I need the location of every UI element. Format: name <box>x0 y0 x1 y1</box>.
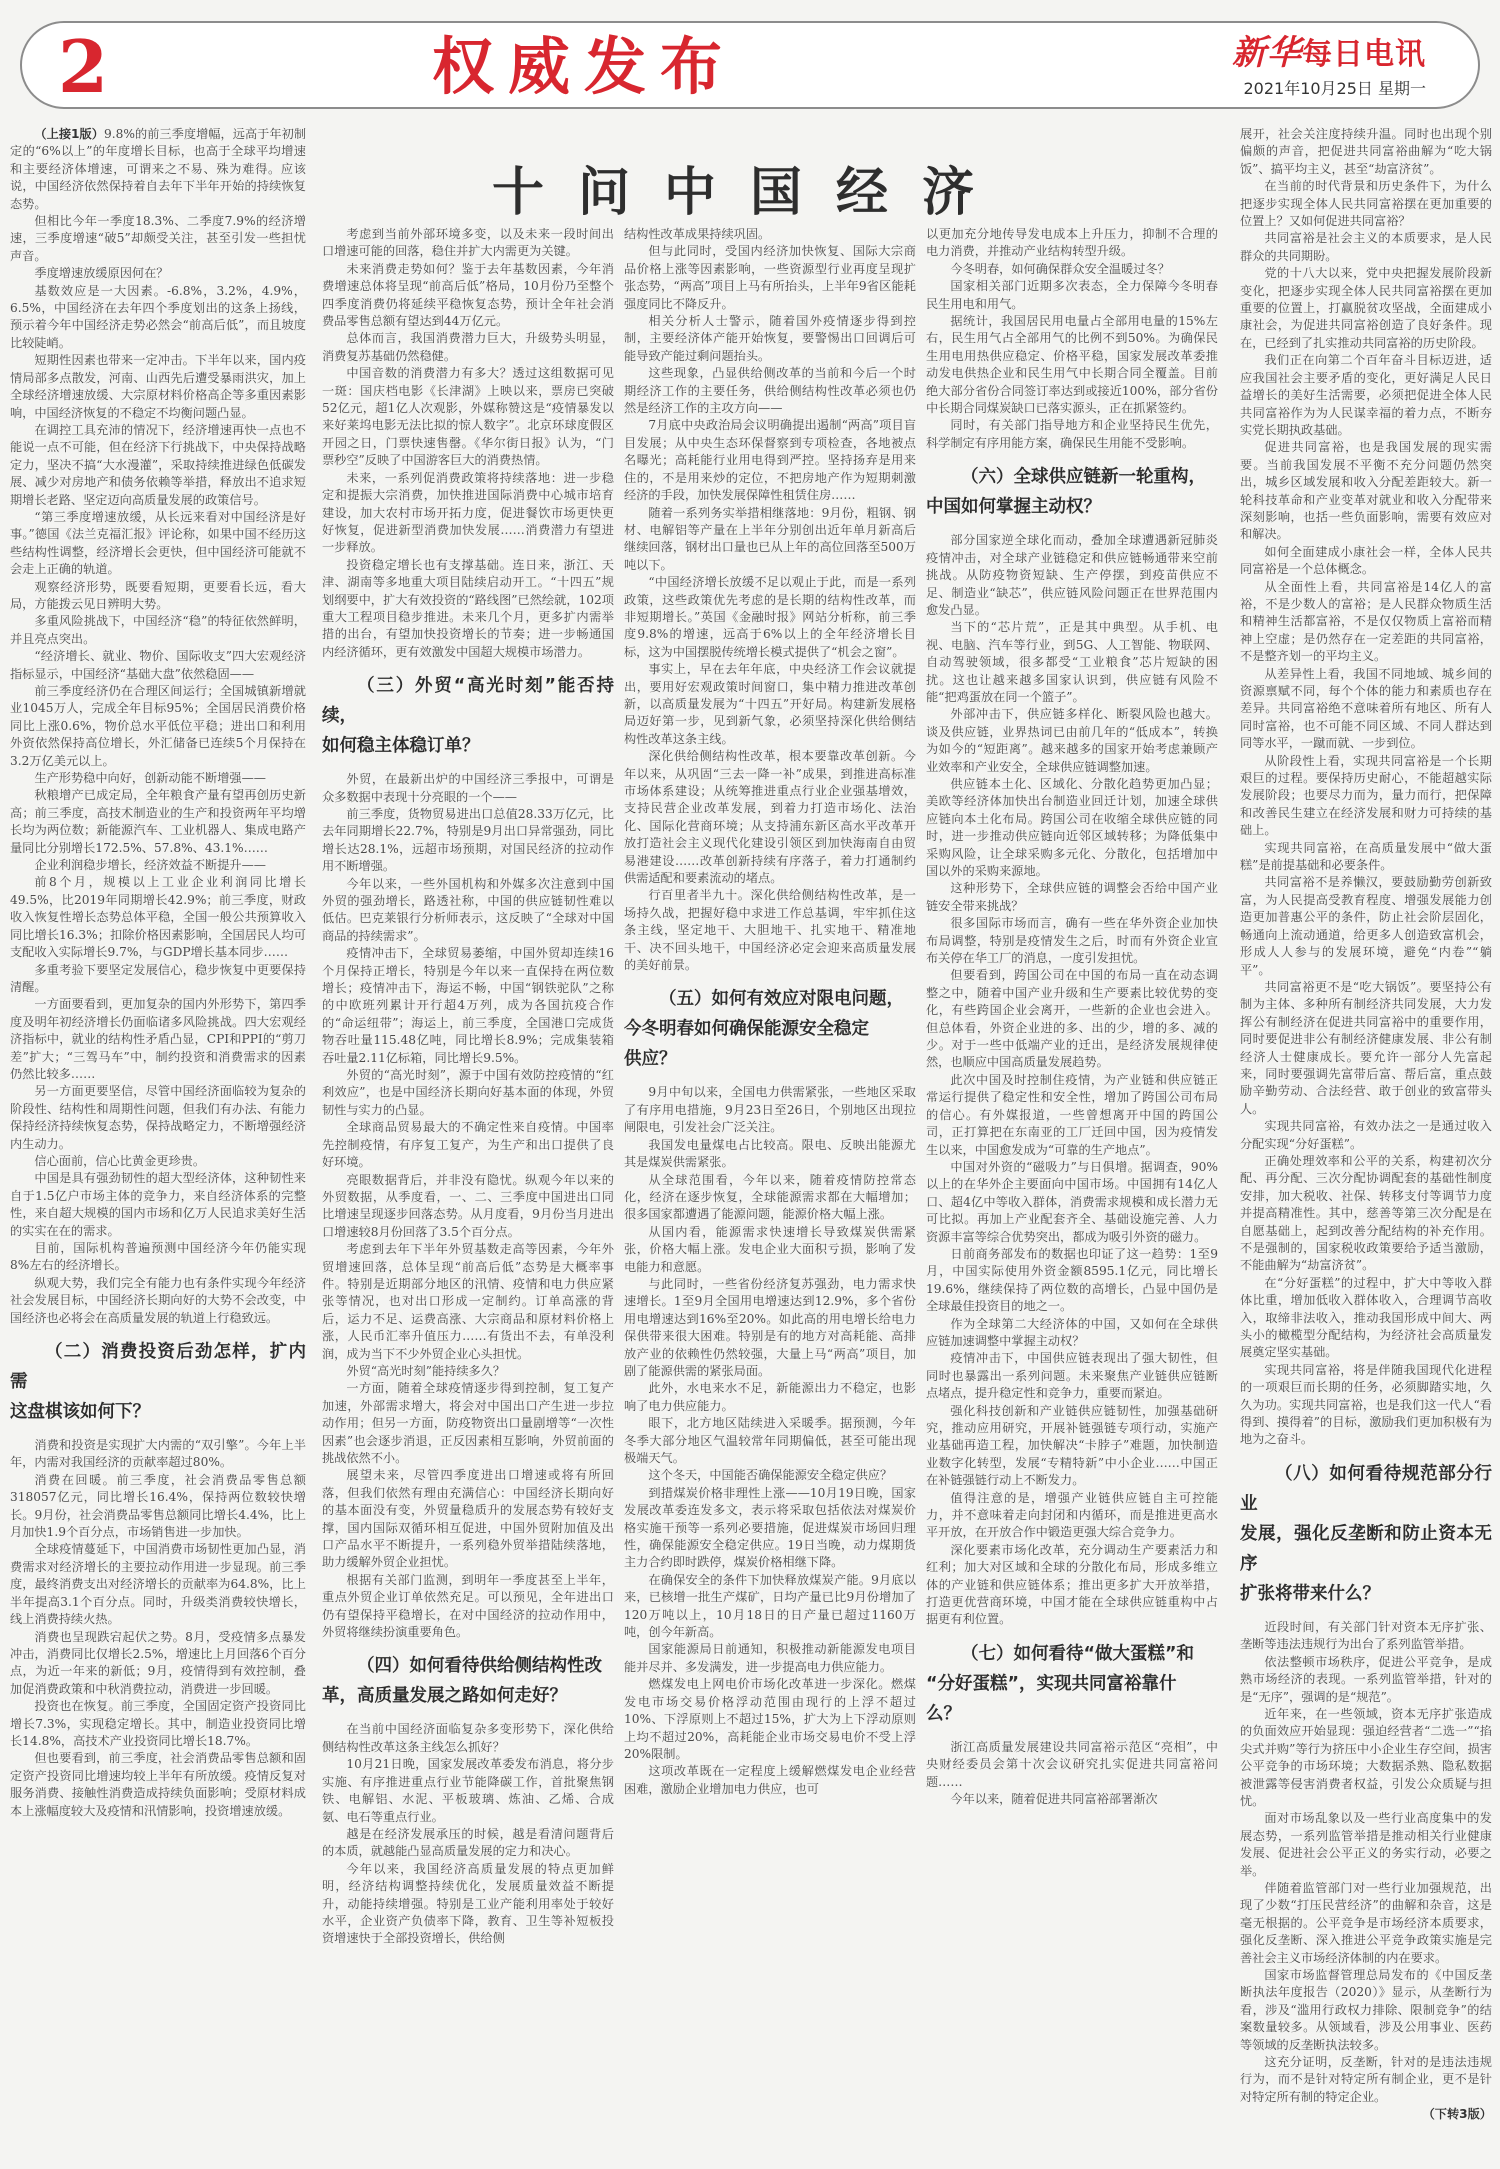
paragraph: 前三季度，货物贸易进出口总值28.33万亿元，比去年同期增长22.7%，特别是9… <box>322 806 614 876</box>
paragraph: 值得注意的是，增强产业链供应链自主可控能力，并不意味着走向封闭和内循环，而是推进… <box>926 1490 1218 1542</box>
paragraph: 国家市场监督管理总局发布的《中国反垄断执法年度报告（2020）》显示，从垄断行为… <box>1240 1967 1492 2054</box>
paragraph: 但也要看到，前三季度，社会消费品零售总额和固定资产投资同比增速均较上半年有所放缓… <box>10 1750 306 1820</box>
brand-logo-text: 每日电讯 <box>1302 37 1426 72</box>
paragraph: 近段时间，有关部门针对资本无序扩张、垄断等违法违规行为出台了系列监管举措。 <box>1240 1619 1492 1654</box>
question-3-heading: （三）外贸“高光时刻”能否持续，如何稳主体稳订单？ <box>322 671 614 761</box>
paragraph: 越是在经济发展承压的时候，越是看清问题背后的本质，就越能凸显高质量发展的定力和决… <box>322 1826 614 1861</box>
article-column-1: （上接1版）9.8%的前三季度增幅，远高于年初制定的“6%以上”的年度增长目标，… <box>10 126 306 2166</box>
question-2-heading: （二）消费投资后劲怎样，扩内需这盘棋该如何下？ <box>10 1337 306 1427</box>
paragraph: 近年来，在一些领域，资本无序扩张造成的负面效应开始显现：强迫经营者“二选一”“掐… <box>1240 1706 1492 1810</box>
paragraph: 相关分析人士警示，随着国外疫情逐步得到控制，主要经济体产能开始恢复，要警惕出口回… <box>624 313 916 365</box>
paragraph: 但要看到，跨国公司在中国的布局一直在动态调整之中，随着中国产业升级和生产要素比较… <box>926 967 1218 1071</box>
paragraph: 基数效应是一大因素。-6.8%，3.2%，4.9%，6.5%，中国经济在去年四个… <box>10 283 306 353</box>
paragraph: 信心面前，信心比黄金更珍贵。 <box>10 1153 306 1170</box>
paragraph: 到措煤炭价格非理性上涨——10月19日晚，国家发展改革委连发多文，表示将采取包括… <box>624 1485 916 1572</box>
paragraph: 从差异性上看，我国不同地域、城乡间的资源禀赋不同，每个个体的能力和素质也存在差异… <box>1240 666 1492 753</box>
paragraph: 国家能源局日前通知，积极推动新能源发电项目能并尽并、多发满发，进一步提高电力供应… <box>624 1641 916 1676</box>
paragraph: 根据有关部门监测，到明年一季度甚至上半年，重点外贸企业订单依然充足。可以预见，全… <box>322 1572 614 1642</box>
q6-body: 部分国家逆全球化而动，叠加全球遭遇新冠肺炎疫情冲击，对全球产业链稳定和供应链畅通… <box>926 532 1218 1629</box>
paragraph: 消费和投资是实现扩大内需的“双引擎”。今年上半年，内需对我国经济的贡献率超过80… <box>10 1437 306 1472</box>
paragraph: 在当前中国经济面临复杂多变形势下，深化供给侧结构性改革这条主线怎么抓好？ <box>322 1721 614 1756</box>
paragraph: 前8个月，规模以上工业企业利润同比增长49.5%，比2019年同期增长42.9%… <box>10 874 306 961</box>
paragraph: 总体而言，我国消费潜力巨大，升级势头明显，消费复苏基础仍然稳健。 <box>322 330 614 365</box>
paragraph: 共同富裕是社会主义的本质要求，是人民群众的共同期盼。 <box>1240 230 1492 265</box>
question-4-heading: （四）如何看待供给侧结构性改革，高质量发展之路如何走好？ <box>322 1651 614 1711</box>
paragraph: 目前，国际机构普遍预测中国经济今年仍能实现8%左右的经济增长。 <box>10 1240 306 1275</box>
paragraph: 在调控工具充沛的情况下，经济增速再快一点也不能说一点不可能，但在经济下行挑战下，… <box>10 422 306 509</box>
continued-to-tag: （下转3版） <box>1423 2107 1492 2121</box>
paragraph: 今冬明春，如何确保群众安全温暖过冬？ <box>926 261 1218 278</box>
q3-body: 外贸，在最新出炉的中国经济三季报中，可谓是众多数据中表现十分亮眼的一个——前三季… <box>322 771 614 1641</box>
paragraph: 深化要素市场化改革，充分调动生产要素活力和红利；加大对区域和全球的分散化布局，形… <box>926 1542 1218 1629</box>
article-column-4: 以更加充分地传导发电成本上升压力，抑制不合理的电力消费，并推动产业结构转型升级。… <box>926 226 1218 2166</box>
paragraph: 作为全球第二大经济体的中国，又如何在全球供应链加速调整中掌握主动权？ <box>926 1316 1218 1351</box>
paragraph: 国家相关部门近期多次表态，全力保障今冬明春民生用电和用气。 <box>926 278 1218 313</box>
paragraph: 考虑到去年下半年外贸基数走高等因素，今年外贸增速回落，总体呈现“前高后低”态势是… <box>322 1241 614 1363</box>
paragraph: 燃煤发电上网电价市场化改革进一步深化。燃煤发电市场交易价格浮动范围由现行的上浮不… <box>624 1676 916 1763</box>
paragraph: 未来消费走势如何？鉴于去年基数因素，今年消费增速总体将呈现“前高后低”格局，10… <box>322 261 614 331</box>
paragraph: 党的十八大以来，党中央把握发展阶段新变化，把逐步实现全体人民共同富裕摆在更加重要… <box>1240 265 1492 352</box>
lead-paragraph: （上接1版）9.8%的前三季度增幅，远高于年初制定的“6%以上”的年度增长目标，… <box>10 126 306 213</box>
paragraph: 外贸“高光时刻”能持续多久？ <box>322 1363 614 1380</box>
paragraph: 正确处理效率和公平的关系，构建初次分配、再分配、三次分配协调配套的基础性制度安排… <box>1240 1153 1492 1275</box>
paragraph: 中国音数的消费潜力有多大？透过这组数据可见一斑：国庆档电影《长津湖》上映以来，票… <box>322 365 614 469</box>
paragraph: 多重考验下要坚定发展信心，稳步恢复中更要保持清醒。 <box>10 962 306 997</box>
col1-body: 但相比今年一季度18.3%、二季度7.9%的经济增速，三季度增速“破5”却颇受关… <box>10 213 306 1327</box>
page-number: 2 <box>58 31 108 103</box>
paragraph: 这些现象，凸显供给侧改革的当前和今后一个时期经济工作的主要任务，供给侧结构性改革… <box>624 365 916 417</box>
section-title: 权威发布 <box>432 33 736 101</box>
paragraph: 供应链本土化、区域化、分散化趋势更加凸显；美欧等经济体加快出台制造业回迁计划，加… <box>926 776 1218 880</box>
paragraph: 此次中国及时控制住疫情，为产业链和供应链正常运行提供了稳定性和安全性，增加了跨国… <box>926 1072 1218 1159</box>
paragraph: 从国内看，能源需求快速增长导致煤炭供需紧张，价格大幅上涨。发电企业大面积亏损，影… <box>624 1224 916 1276</box>
paragraph: 在“分好蛋糕”的过程中，扩大中等收入群体比重，增加低收入群体收入，合理调节高收入… <box>1240 1275 1492 1362</box>
question-6-heading: （六）全球供应链新一轮重构，中国如何掌握主动权？ <box>926 462 1218 522</box>
paragraph: “经济增长、就业、物价、国际收支”四大宏观经济指标显示，中国经济“基础大盘”依然… <box>10 648 306 683</box>
paragraph: 展开，社会关注度持续升温。同时也出现个别偏颇的声音，把促进共同富裕曲解为“吃大锅… <box>1240 126 1492 178</box>
paragraph: 面对市场乱象以及一些行业高度集中的发展态势，一系列监管举措是推动相关行业健康发展… <box>1240 1810 1492 1880</box>
paragraph: 据统计，我国居民用电量占全部用电量的15%左右，民生用气占全部用气的比例不到50… <box>926 313 1218 417</box>
paragraph: 中国对外资的“磁吸力”与日俱增。据调查，90%以上的在华外企主要面向中国市场。中… <box>926 1159 1218 1246</box>
paragraph: 观察经济形势，既要看短期，更要看长远，看大局，方能拨云见日辨明大势。 <box>10 579 306 614</box>
paragraph: 此外，水电来水不足，新能源出力不稳定，也影响了电力供应能力。 <box>624 1380 916 1415</box>
paragraph: 多重风险挑战下，中国经济“稳”的特征依然鲜明，并且亮点突出。 <box>10 613 306 648</box>
paragraph: “中国经济增长放缓不足以观止于此，而是一系列政策，这些政策优先考虑的是长期的结构… <box>624 574 916 661</box>
col5-body: 展开，社会关注度持续升温。同时也出现个别偏颇的声音，把促进共同富裕曲解为“吃大锅… <box>1240 126 1492 1449</box>
q5-body: 9月中旬以来，全国电力供需紧张，一些地区采取了有序用电措施，9月23日至26日，… <box>624 1084 916 1798</box>
paragraph: 促进共同富裕，也是我国发展的现实需要。当前我国发展不平衡不充分问题仍然突出，城乡… <box>1240 439 1492 543</box>
paragraph: 浙江高质量发展建设共同富裕示范区“亮相”，中央财经委员会第十次会议研究扎实促进共… <box>926 1739 1218 1791</box>
paragraph: 消费也呈现跌宕起伏之势。8月，受疫情多点暴发冲击，消费同比仅增长2.5%，增速比… <box>10 1629 306 1699</box>
article-column-2: 考虑到当前外部环境多变，以及未来一段时间出口增速可能的回落，稳住并扩大内需更为关… <box>322 226 614 2166</box>
paragraph: 秋粮增产已成定局，全年粮食产量有望再创历史新高；前三季度，高技术制造业的生产和投… <box>10 787 306 857</box>
paragraph: 以更加充分地传导发电成本上升压力，抑制不合理的电力消费，并推动产业结构转型升级。 <box>926 226 1218 261</box>
continued-note: （下转3版） <box>1240 2106 1492 2123</box>
paragraph: 亮眼数据背后，并非没有隐忧。纵观今年以来的外贸数据，从季度看，一、二、三季度中国… <box>322 1172 614 1242</box>
paragraph: “第三季度增速放缓，从长远来看对中国经济是好事。”德国《法兰克福汇报》评论称，如… <box>10 509 306 579</box>
continued-from-tag: （上接1版） <box>34 127 104 141</box>
question-8-heading: （八）如何看待规范部分行业发展，强化反垄断和防止资本无序扩张将带来什么？ <box>1240 1459 1492 1609</box>
paragraph: 前三季度经济仍在合理区间运行；全国城镇新增就业1045万人，完成全年目标95%；… <box>10 683 306 770</box>
paragraph: 共同富裕更不是“吃大锅饭”。要坚持公有制为主体、多种所有制经济共同发展，大力发挥… <box>1240 979 1492 1118</box>
paragraph: 在当前的时代背景和历史条件下，为什么把逐步实现全体人民共同富裕摆在更加重要的位置… <box>1240 178 1492 230</box>
q8-body: 近段时间，有关部门针对资本无序扩张、垄断等违法违规行为出台了系列监管举措。依法整… <box>1240 1619 1492 2106</box>
issue-date: 2021年10月25日 星期一 <box>1232 76 1426 99</box>
paragraph: 今年以来，随着促进共同富裕部署渐次 <box>926 1791 1218 1808</box>
paragraph: 今年以来，一些外国机构和外媒多次注意到中国外贸的强劲增长，路透社称，中国的供应链… <box>322 876 614 946</box>
paragraph: 纵观大势，我们完全有能力也有条件实现今年经济社会发展目标，中国经济长期向好的大势… <box>10 1275 306 1327</box>
paragraph: 全球商品贸易最大的不确定性来自疫情。中国率先控制疫情，有序复工复产，为生产和出口… <box>322 1119 614 1171</box>
paragraph: 一方面要看到，更加复杂的国内外形势下，第四季度及明年初经济增长仍面临诸多风险挑战… <box>10 996 306 1083</box>
paragraph: 投资也在恢复。前三季度，全国固定资产投资同比增长7.3%，实现稳定增长。其中，制… <box>10 1698 306 1750</box>
paragraph: 从阶段性上看，实现共同富裕是一个长期艰巨的过程。要保持历史耐心，不能超越实际发展… <box>1240 753 1492 840</box>
paragraph: 生产形势稳中向好，创新动能不断增强—— <box>10 770 306 787</box>
col4-body: 以更加充分地传导发电成本上升压力，抑制不合理的电力消费，并推动产业结构转型升级。… <box>926 226 1218 452</box>
paragraph: 10月21日晚，国家发展改革委发布消息，将分步实施、有序推进重点行业节能降碳工作… <box>322 1756 614 1826</box>
col3-body: 结构性改革成果持续巩固。但与此同时，受国内经济加快恢复、国际大宗商品价格上涨等因… <box>624 226 916 974</box>
paragraph: 实现共同富裕，有效办法之一是通过收入分配实现“分好蛋糕”。 <box>1240 1118 1492 1153</box>
brand-logo-script: 新华 <box>1232 33 1302 73</box>
question-5-heading: （五）如何有效应对限电问题，今冬明春如何确保能源安全稳定供应？ <box>624 984 916 1074</box>
paragraph: 随着一系列务实举措相继落地：9月份，粗钢、钢材、电解铝等产量在上半年分别创出近年… <box>624 505 916 575</box>
article-column-5: 展开，社会关注度持续升温。同时也出现个别偏颇的声音，把促进共同富裕曲解为“吃大锅… <box>1240 126 1492 2166</box>
paragraph: 这充分证明，反垄断，针对的是违法违规行为，而不是针对特定所有制企业，更不是针对特… <box>1240 2054 1492 2106</box>
paragraph: 眼下，北方地区陆续进入采暖季。据预测，今年冬季大部分地区气温较常年同期偏低，甚至… <box>624 1415 916 1467</box>
paragraph: 短期性因素也带来一定冲击。下半年以来，国内疫情局部多点散发，河南、山西先后遭受暴… <box>10 352 306 422</box>
col2-body: 考虑到当前外部环境多变，以及未来一段时间出口增速可能的回落，稳住并扩大内需更为关… <box>322 226 614 661</box>
paragraph: 全球疫情蔓延下，中国消费市场韧性更加凸显，消费需求对经济增长的主要拉动作用进一步… <box>10 1541 306 1628</box>
newspaper-brand: 新华每日电讯 2021年10月25日 星期一 <box>1232 33 1426 99</box>
paragraph: 但与此同时，受国内经济加快恢复、国际大宗商品价格上涨等因素影响，一些资源型行业再… <box>624 243 916 313</box>
paragraph: 中国是具有强劲韧性的超大型经济体，这种韧性来自于1.5亿户市场主体的竞争力，来自… <box>10 1170 306 1240</box>
q2-body: 消费和投资是实现扩大内需的“双引擎”。今年上半年，内需对我国经济的贡献率超过80… <box>10 1437 306 1820</box>
paragraph: 与此同时，一些省份经济复苏强劲，电力需求快速增长。1至9月全国用电增速达到12.… <box>624 1276 916 1380</box>
paragraph: 外贸，在最新出炉的中国经济三季报中，可谓是众多数据中表现十分亮眼的一个—— <box>322 771 614 806</box>
paragraph: 疫情冲击下，全球贸易萎缩，中国外贸却连续16个月保持正增长，特别是今年以来一直保… <box>322 945 614 1067</box>
paragraph: 这个冬天，中国能否确保能源安全稳定供应？ <box>624 1467 916 1484</box>
paragraph: 今年以来，我国经济高质量发展的特点更加鲜明，经济结构调整持续优化，发展质量效益不… <box>322 1861 614 1948</box>
paragraph: 实现共同富裕，将是伴随我国现代化进程的一项艰巨而长期的任务，必须脚踏实地，久久为… <box>1240 1362 1492 1449</box>
paragraph: 伴随着监管部门对一些行业加强规范，出现了少数“打压民营经济”的曲解和杂音，这是毫… <box>1240 1880 1492 1967</box>
paragraph: 在确保安全的条件下加快释放煤炭产能。9月底以来，已核增一批生产煤矿，日均产量已比… <box>624 1572 916 1642</box>
paragraph: 当下的“芯片荒”，正是其中典型。从手机、电视、电脑、汽车等行业，到5G、人工智能… <box>926 619 1218 706</box>
paragraph: 7月底中央政治局会议明确提出遏制“两高”项目盲目发展；从中央生态环保督察到专项检… <box>624 417 916 504</box>
brand-logo: 新华每日电讯 <box>1232 33 1426 74</box>
paragraph: 日前商务部发布的数据也印证了这一趋势：1至9月，中国实际使用外资金额8595.1… <box>926 1246 1218 1316</box>
paragraph: 同时，有关部门指导地方和企业坚持民生优先，科学制定有序用能方案，确保民生用能不受… <box>926 417 1218 452</box>
paragraph: 一方面，随着全球疫情逐步得到控制，复工复产加速，外部需求增大，将会对中国出口产生… <box>322 1380 614 1467</box>
paragraph: 我国发电量煤电占比较高。限电、反映出能源尤其是煤炭供需紧张。 <box>624 1137 916 1172</box>
question-7-heading: （七）如何看待“做大蛋糕”和“分好蛋糕”，实现共同富裕靠什么？ <box>926 1639 1218 1729</box>
paragraph: 季度增速放缓原因何在？ <box>10 265 306 282</box>
paragraph: 消费在回暖。前三季度，社会消费品零售总额318057亿元，同比增长16.4%，保… <box>10 1472 306 1542</box>
paragraph: 依法整顿市场秩序，促进公平竞争，是成熟市场经济的表现。一系列监管举措，针对的是“… <box>1240 1654 1492 1706</box>
q7-body: 浙江高质量发展建设共同富裕示范区“亮相”，中央财经委员会第十次会议研究扎实促进共… <box>926 1739 1218 1809</box>
paragraph: 如何全面建成小康社会一样，全体人民共同富裕是一个总体概念。 <box>1240 544 1492 579</box>
paragraph: 考虑到当前外部环境多变，以及未来一段时间出口增速可能的回落，稳住并扩大内需更为关… <box>322 226 614 261</box>
paragraph: 外部冲击下，供应链多样化、断裂风险也越大。谈及供应链，业界热词已由前几年的“低成… <box>926 706 1218 776</box>
paragraph: 部分国家逆全球化而动，叠加全球遭遇新冠肺炎疫情冲击，对全球产业链稳定和供应链畅通… <box>926 532 1218 619</box>
paragraph: 9月中旬以来，全国电力供需紧张，一些地区采取了有序用电措施，9月23日至26日，… <box>624 1084 916 1136</box>
paragraph: 但相比今年一季度18.3%、二季度7.9%的经济增速，三季度增速“破5”却颇受关… <box>10 213 306 265</box>
paragraph: 结构性改革成果持续巩固。 <box>624 226 916 243</box>
paragraph: 未来，一系列促消费政策将持续落地：进一步稳定和提振大宗消费，加快推进国际消费中心… <box>322 470 614 557</box>
paragraph: 很多国际市场而言，确有一些在华外资企业加快布局调整，特别是疫情发生之后，时而有外… <box>926 915 1218 967</box>
paragraph: 外贸的“高光时刻”，源于中国有效防控疫情的“红利效应”，也是中国经济长期向好基本… <box>322 1067 614 1119</box>
paragraph: 我们正在向第二个百年奋斗目标迈进，适应我国社会主要矛盾的变化，更好满足人民日益增… <box>1240 352 1492 439</box>
paragraph: 行百里者半九十。深化供给侧结构性改革，是一场持久战，把握好稳中求进工作总基调，牢… <box>624 887 916 974</box>
paragraph: 深化供给侧结构性改革，根本要靠改革创新。今年以来，从巩固“三去一降一补”成果，到… <box>624 748 916 887</box>
paragraph: 实现共同富裕，在高质量发展中“做大蛋糕”是前提基础和必要条件。 <box>1240 840 1492 875</box>
masthead: 2 权威发布 新华每日电讯 2021年10月25日 星期一 <box>20 21 1480 109</box>
paragraph: 强化科技创新和产业链供应链韧性，加强基础研究，推动应用研究，开展补链强链专项行动… <box>926 1403 1218 1490</box>
paragraph: 投资稳定增长也有支撑基础。连日来，浙江、天津、湖南等多地重大项目陆续启动开工。“… <box>322 557 614 661</box>
paragraph: 共同富裕不是养懒汉，要鼓励勤劳创新致富，为人民提高受教育程度、增强发展能力创造更… <box>1240 874 1492 978</box>
paragraph: 这种形势下，全球供应链的调整会否给中国产业链安全带来挑战？ <box>926 880 1218 915</box>
paragraph: 企业利润稳步增长，经济效益不断提升—— <box>10 857 306 874</box>
paragraph: 事实上，早在去年年底，中央经济工作会议就提出，要用好宏观政策时间窗口，集中精力推… <box>624 661 916 748</box>
paragraph: 疫情冲击下，中国供应链表现出了强大韧性，但同时也暴露出一系列问题。未来聚焦产业链… <box>926 1350 1218 1402</box>
paragraph: 这项改革既在一定程度上缓解燃煤发电企业经营困难，激励企业增加电力供应，也可 <box>624 1763 916 1798</box>
paragraph: 另一方面更要坚信，尽管中国经济面临较为复杂的阶段性、结构性和周期性问题，但我们有… <box>10 1083 306 1153</box>
article-column-3: 结构性改革成果持续巩固。但与此同时，受国内经济加快恢复、国际大宗商品价格上涨等因… <box>624 226 916 2166</box>
paragraph: 展望未来，尽管四季度进出口增速或将有所回落，但我们依然有理由充满信心：中国经济长… <box>322 1467 614 1571</box>
paragraph: 从全球范围看，今年以来，随着疫情防控常态化，经济在逐步恢复，全球能源需求都在大幅… <box>624 1172 916 1224</box>
q4-body: 在当前中国经济面临复杂多变形势下，深化供给侧结构性改革这条主线怎么抓好？10月2… <box>322 1721 614 1947</box>
paragraph: 从全面性上看，共同富裕是14亿人的富裕，不是少数人的富裕；是人民群众物质生活和精… <box>1240 579 1492 666</box>
